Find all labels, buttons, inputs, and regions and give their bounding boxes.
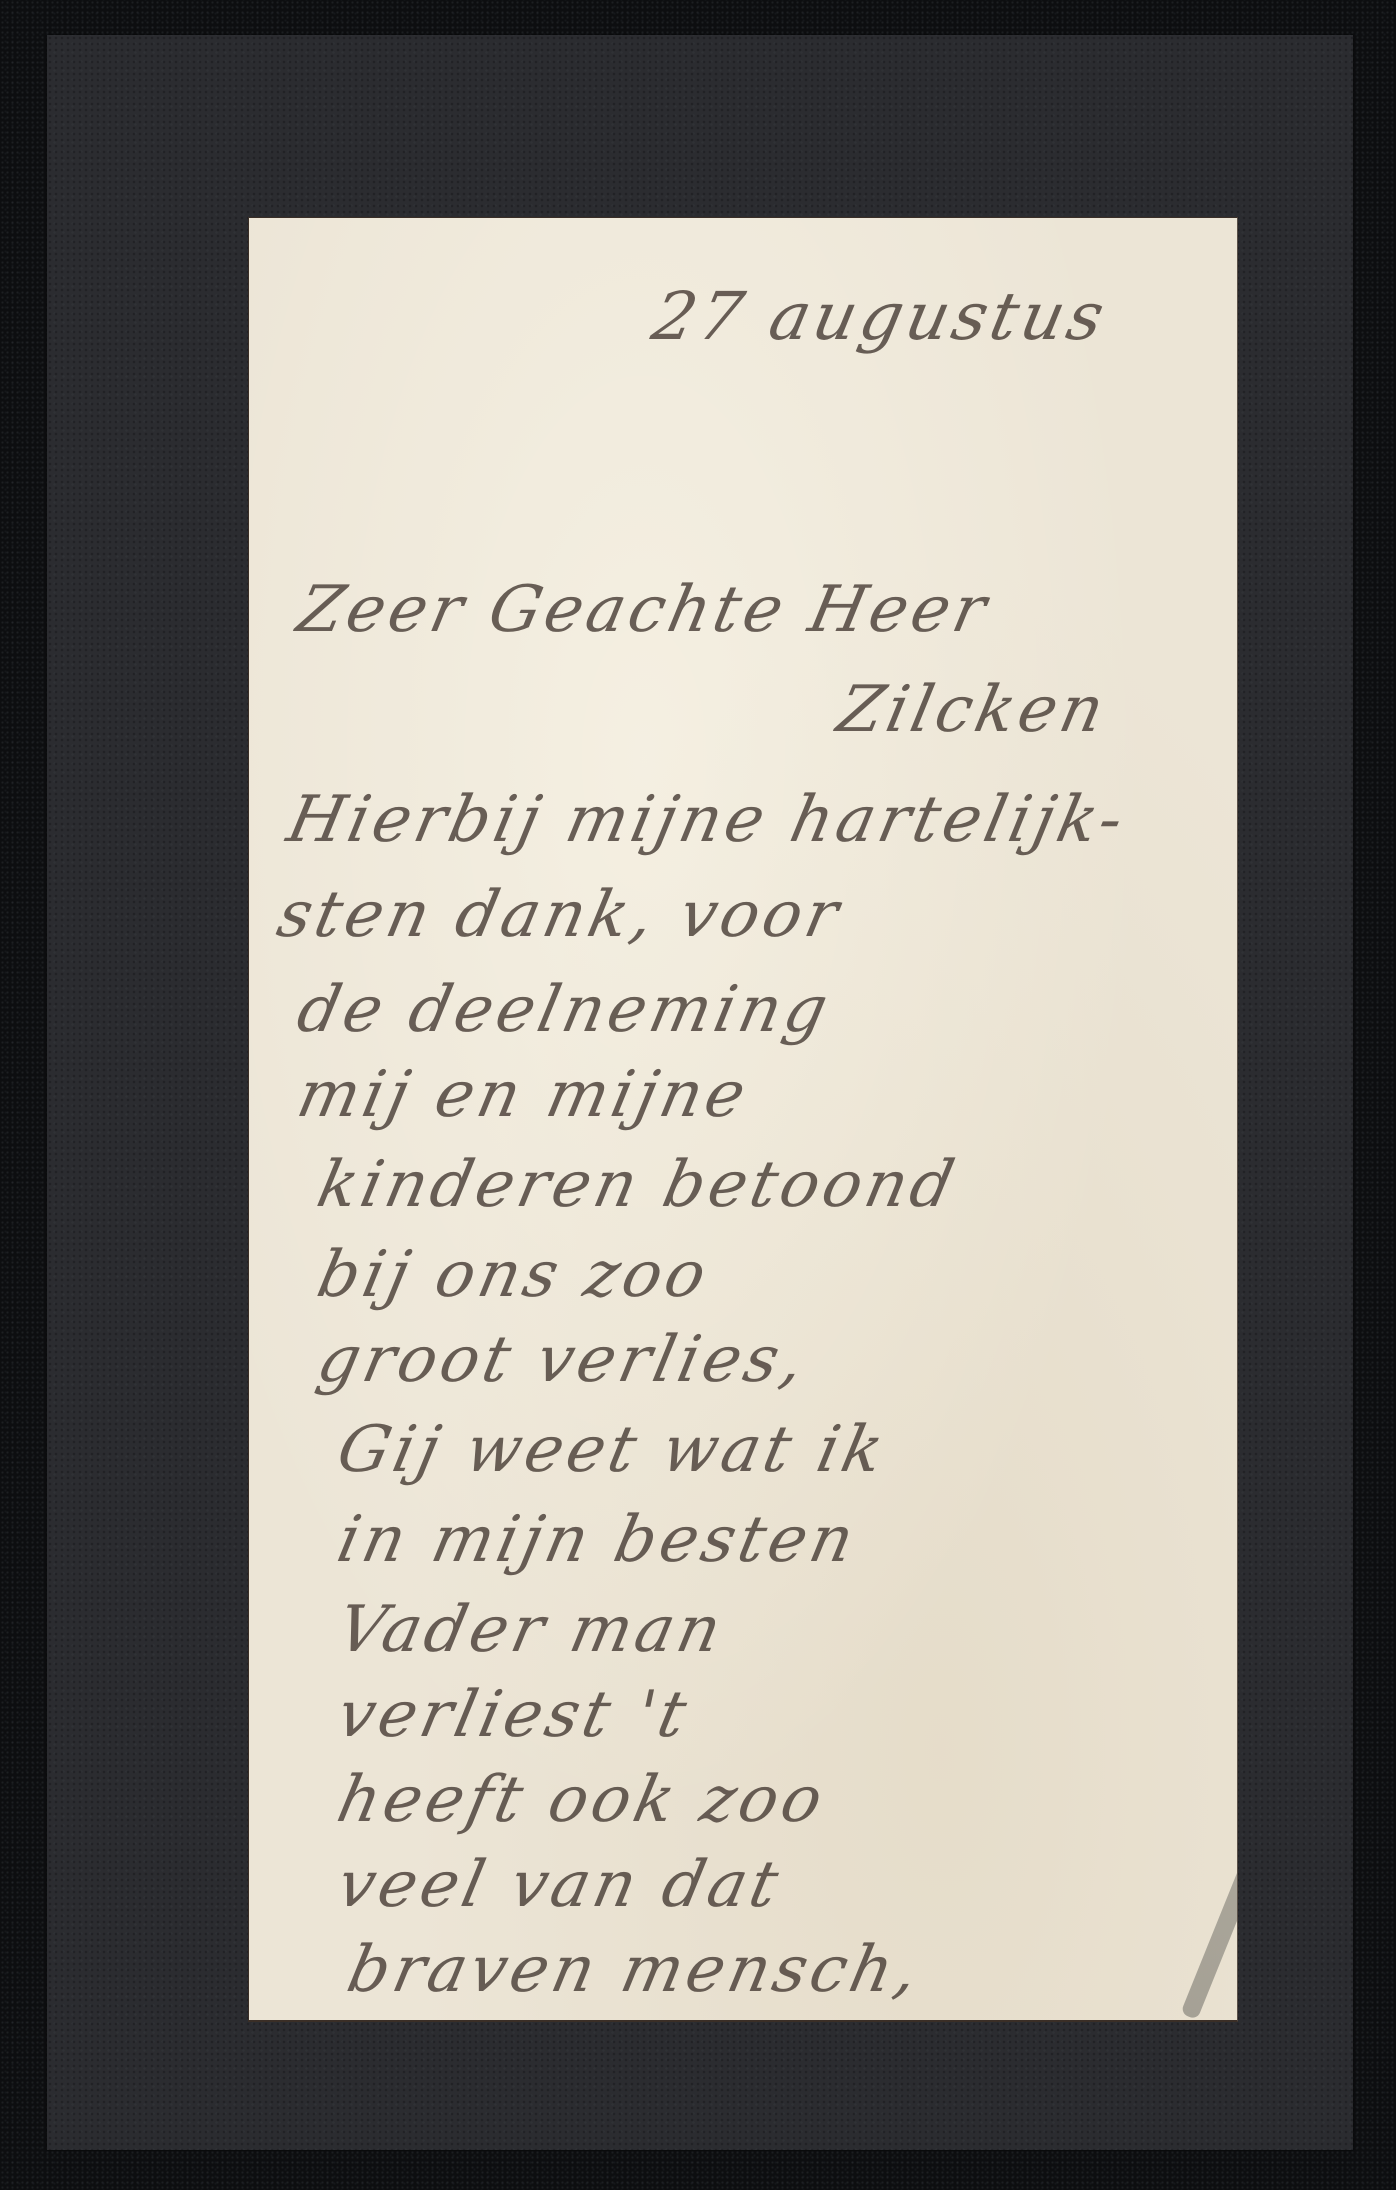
- letter-sheet: 27 augustus Zeer Geachte Heer Zilcken Hi…: [248, 217, 1238, 2022]
- body-line: braven mensch,: [341, 1933, 928, 2007]
- body-line: bij ons zoo: [311, 1238, 716, 1312]
- body-line: heeft ook zoo: [331, 1763, 832, 1837]
- body-line: kinderen betoond: [311, 1148, 964, 1222]
- body-line: Gij weet wat ik: [331, 1413, 893, 1487]
- body-line: mij en mijne: [291, 1058, 756, 1132]
- salutation: Zeer Geachte Heer: [291, 573, 996, 647]
- body-line: verliest 't: [331, 1678, 696, 1752]
- water-stain: [1180, 1772, 1238, 2020]
- body-line: Hierbij mijne hartelijk-: [281, 783, 1133, 857]
- letter-date: 27 augustus: [646, 278, 1115, 355]
- body-line: veel van dat: [331, 1848, 788, 1922]
- body-line: groot verlies,: [311, 1323, 814, 1397]
- body-line: in mijn besten: [331, 1503, 864, 1577]
- body-line: Vader man: [331, 1593, 731, 1667]
- mount-board: 27 augustus Zeer Geachte Heer Zilcken Hi…: [47, 35, 1353, 2150]
- body-line: sten dank, voor: [271, 878, 848, 952]
- body-line: de deelneming: [291, 973, 838, 1047]
- salutation-name: Zilcken: [831, 673, 1114, 747]
